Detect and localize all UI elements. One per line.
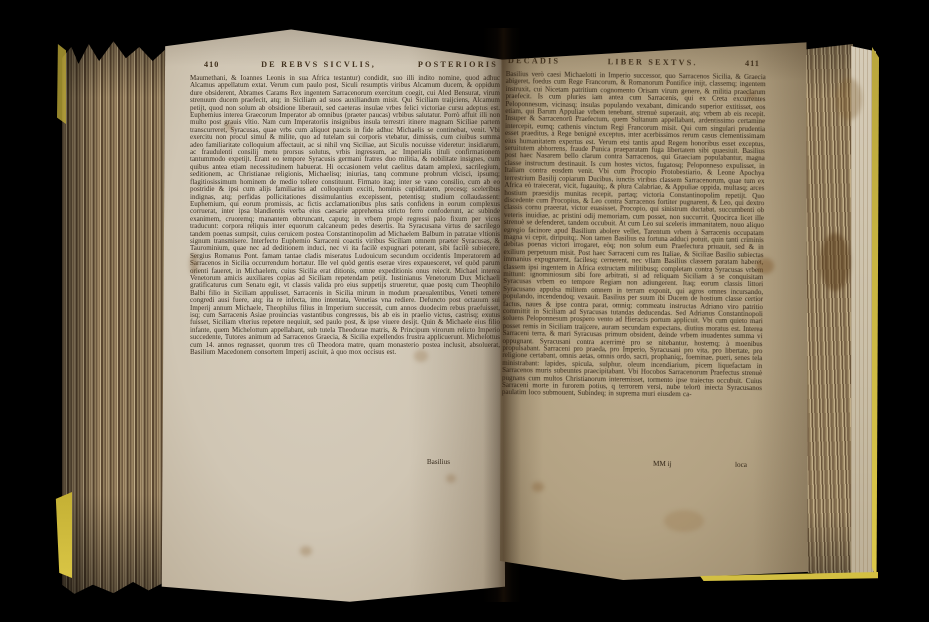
left-cover-edge-top	[57, 44, 66, 124]
left-page-number: 410	[204, 60, 219, 69]
left-body-text: Maumethani, & Ioannes Leonis in sua Afri…	[190, 75, 500, 356]
right-page-number: 411	[745, 59, 760, 68]
signature-mark: MM ij	[653, 460, 672, 468]
left-page: 410 DE REBVS SICVLIS, POSTERIORIS Maumet…	[160, 26, 505, 604]
right-page: DECADIS LIBER SEXTVS. 411 Basilius verò …	[500, 38, 808, 580]
foxing-spot	[190, 253, 198, 275]
left-running-header: 410 DE REBVS SICVLIS, POSTERIORIS	[190, 60, 500, 69]
foxing-spot	[532, 482, 544, 492]
left-catchword: Basilius	[427, 458, 450, 466]
foxing-spot	[224, 122, 234, 131]
foxing-spot	[446, 474, 456, 483]
foxing-spot	[836, 78, 862, 120]
foxing-spot	[664, 510, 704, 532]
right-page-text-column: DECADIS LIBER SEXTVS. 411 Basilius verò …	[502, 56, 766, 400]
foxing-spot	[745, 90, 757, 100]
right-page-footer: MM ij loca	[501, 458, 761, 471]
foxing-spot	[300, 546, 312, 556]
foxing-spot	[756, 258, 774, 274]
right-catchword: loca	[735, 461, 747, 469]
right-running-title-center: LIBER SEXTVS.	[608, 57, 698, 67]
foxing-spot	[414, 350, 428, 362]
right-cover-edge	[872, 47, 879, 578]
left-cover-edge-bottom	[55, 492, 72, 578]
left-page-text-column: 410 DE REBVS SICVLIS, POSTERIORIS Maumet…	[190, 60, 500, 356]
left-leaf-edges	[62, 30, 165, 596]
gutter-shadow	[483, 28, 521, 602]
foxing-spot	[820, 233, 850, 291]
left-running-title: DE REBVS SICVLIS,	[261, 60, 376, 69]
right-body-text: Basilius verò caesi Michaelotti in Imper…	[502, 71, 766, 400]
book-photograph: 410 DE REBVS SICVLIS, POSTERIORIS Maumet…	[0, 0, 929, 622]
right-running-header: DECADIS LIBER SEXTVS. 411	[506, 56, 766, 68]
right-leaf-edges	[806, 44, 853, 578]
